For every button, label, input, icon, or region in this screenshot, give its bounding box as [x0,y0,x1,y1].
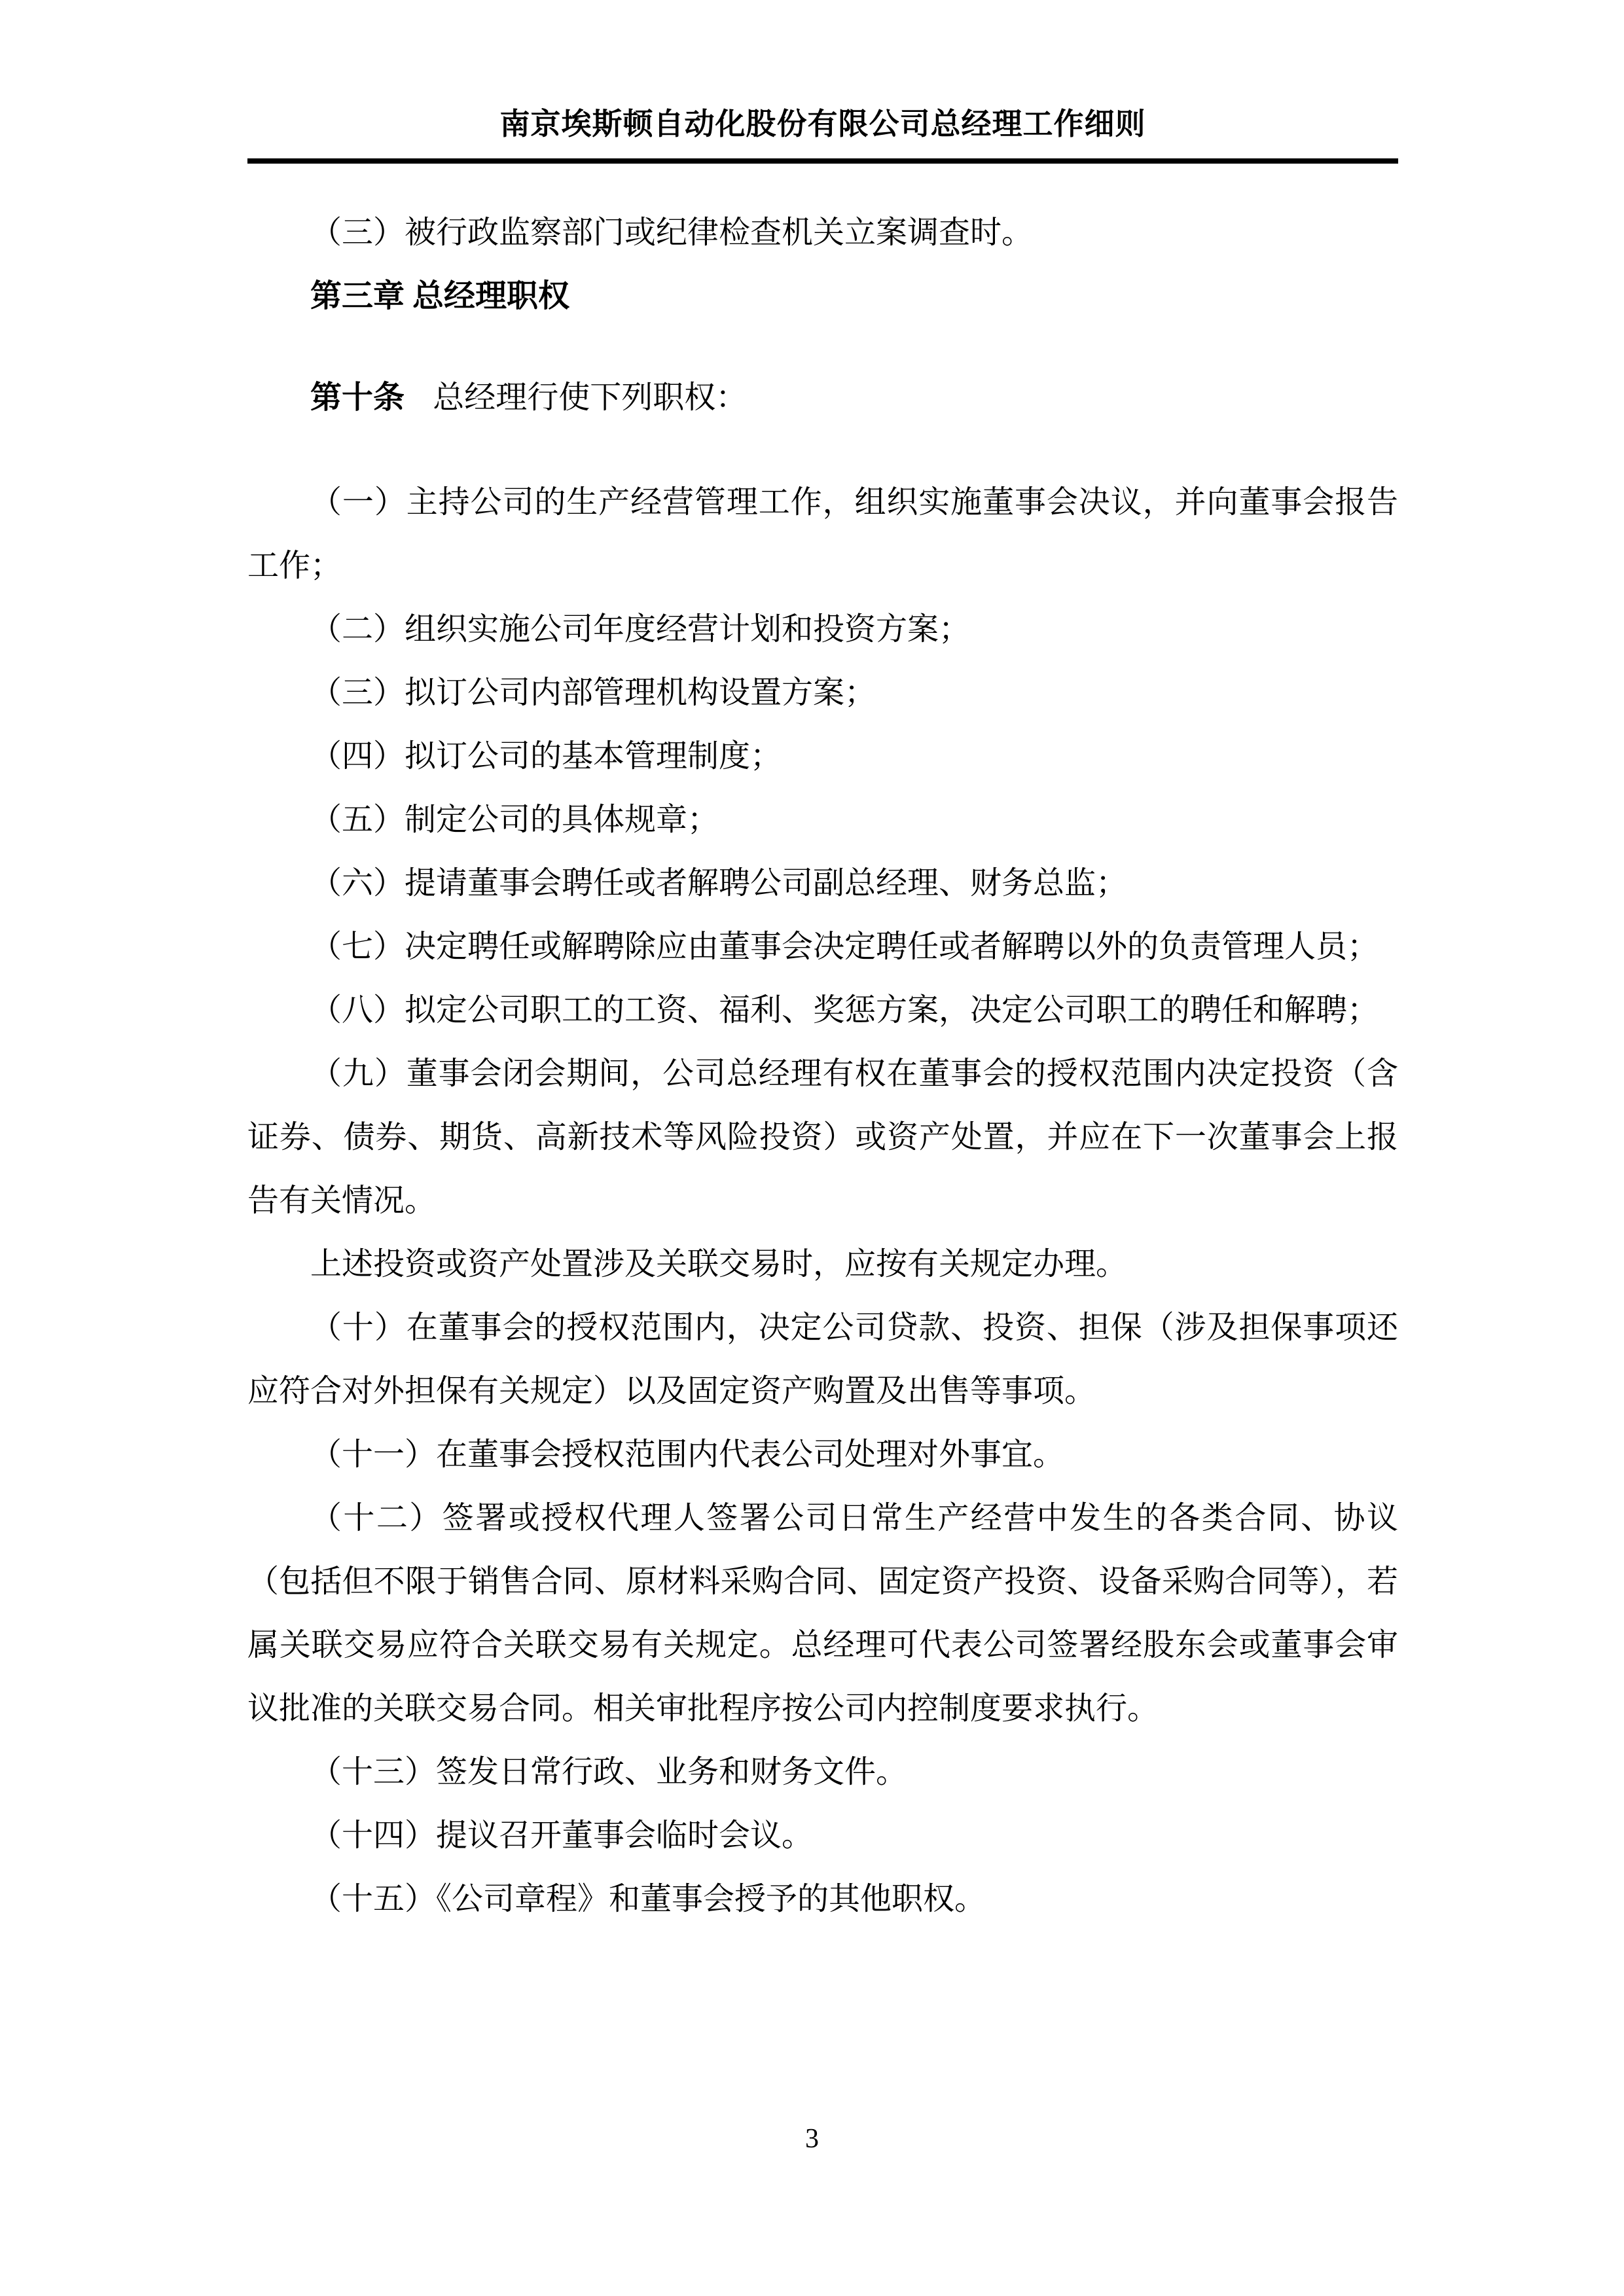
clause-15: （十五）《公司章程》和董事会授予的其他职权。 [247,1867,1398,1931]
clause-2: （二）组织实施公司年度经营计划和投资方案； [247,598,1398,661]
clause-1: （一）主持公司的生产经营管理工作，组织实施董事会决议，并向董事会报告工作； [247,471,1398,598]
clause-4: （四）拟订公司的基本管理制度； [247,725,1398,788]
chapter-heading: 第三章 总经理职权 [247,264,1398,328]
document-body: （三）被行政监察部门或纪律检查机关立案调查时。 第三章 总经理职权 第十条总经理… [247,201,1398,1931]
clause-13: （十三）签发日常行政、业务和财务文件。 [247,1740,1398,1804]
clause-12: （十二）签署或授权代理人签署公司日常生产经营中发生的各类合同、协议（包括但不限于… [247,1486,1398,1740]
header-rule [247,158,1398,164]
clause-10: （十）在董事会的授权范围内，决定公司贷款、投资、担保（涉及担保事项还应符合对外担… [247,1296,1398,1423]
page-number: 3 [0,2119,1624,2159]
clause-7: （七）决定聘任或解聘除应由董事会决定聘任或者解聘以外的负责管理人员； [247,915,1398,978]
clause-11: （十一）在董事会授权范围内代表公司处理对外事宜。 [247,1423,1398,1486]
article-10: 第十条总经理行使下列职权： [247,366,1398,429]
page-header: 南京埃斯顿自动化股份有限公司总经理工作细则 [0,0,1624,164]
document-page: 南京埃斯顿自动化股份有限公司总经理工作细则 （三）被行政监察部门或纪律检查机关立… [0,0,1624,2296]
article-10-text: 总经理行使下列职权： [433,380,747,415]
clause-6: （六）提请董事会聘任或者解聘公司副总经理、财务总监； [247,852,1398,915]
related-transaction-note: 上述投资或资产处置涉及关联交易时，应按有关规定办理。 [247,1232,1398,1296]
clause-5: （五）制定公司的具体规章； [247,788,1398,852]
clause-8: （八）拟定公司职工的工资、福利、奖惩方案，决定公司职工的聘任和解聘； [247,978,1398,1042]
clause-14: （十四）提议召开董事会临时会议。 [247,1804,1398,1867]
article-10-label: 第十条 [310,380,405,415]
clause-3: （三）拟订公司内部管理机构设置方案； [247,661,1398,725]
intro-clause: （三）被行政监察部门或纪律检查机关立案调查时。 [247,201,1398,264]
clause-9: （九）董事会闭会期间，公司总经理有权在董事会的授权范围内决定投资（含证券、债券、… [247,1042,1398,1232]
header-title: 南京埃斯顿自动化股份有限公司总经理工作细则 [247,106,1398,143]
